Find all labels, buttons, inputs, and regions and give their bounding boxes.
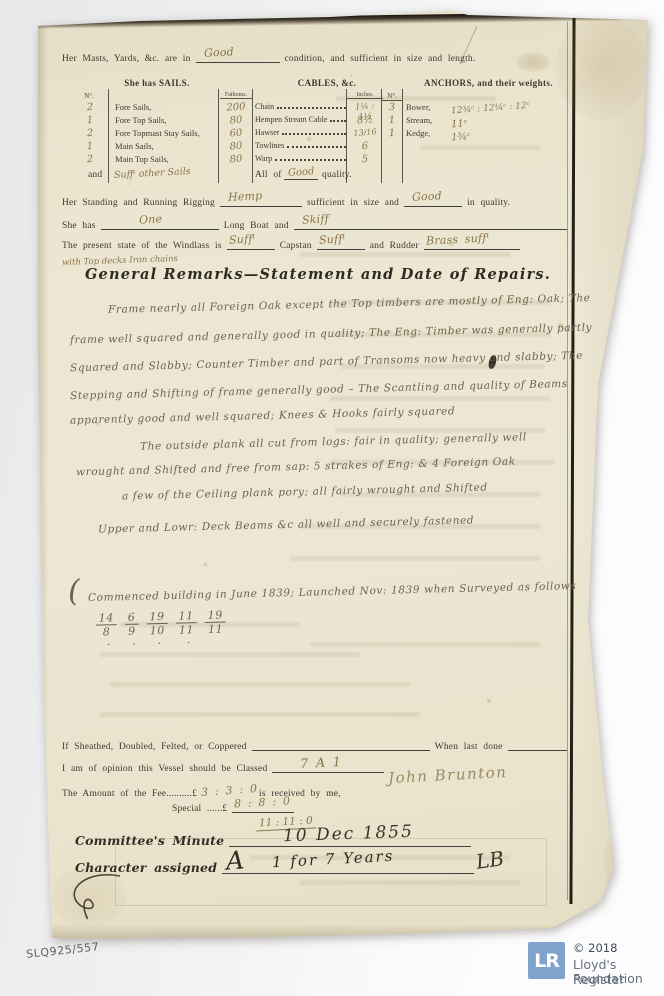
remarks-line: a few of the Ceiling plank pory; all fai… (122, 482, 488, 503)
no-column-label: N°. (74, 92, 104, 100)
inches-column-label: Inches. (347, 92, 383, 99)
foxing-spot (350, 75, 352, 77)
boats-blank2: Skiff (294, 226, 567, 230)
cable-cell: Chain (255, 102, 347, 111)
rigging-blank2: Good (404, 203, 462, 207)
dot-leader (275, 159, 346, 161)
inches-value: 8½ (349, 114, 382, 127)
pen-flourish (64, 869, 133, 929)
windlass-value1-handwritten: Suffᵗ (228, 232, 255, 246)
no2-column-label: N°. (382, 92, 402, 101)
masts-blank: Good (196, 59, 280, 63)
sail-name: Main Top Sails, (115, 154, 169, 164)
dot-leader (277, 107, 346, 109)
remarks-line: Squared and Slabby; Counter Timber and p… (70, 350, 583, 375)
dot-leader (330, 120, 346, 122)
cable-cell: Hawser (255, 128, 347, 137)
masts-line: Her Masts, Yards, &c. are in Good condit… (62, 54, 572, 64)
cable-cell: Hempen Stream Cable (255, 115, 347, 124)
fathoms-value: 80 (222, 153, 251, 166)
rudder-label: and Rudder (370, 241, 419, 251)
cable-name: Hempen Stream Cable (255, 115, 327, 124)
foxing-spot (204, 563, 207, 566)
fathoms-column-label: Fathoms. (220, 92, 252, 99)
rudder-value-handwritten: Brass suffᵗ (426, 231, 490, 247)
sails-cables-anchors-table: She has SAILS. CABLES, &c. ANCHORS, and … (62, 78, 575, 190)
windlass-label: The present state of the Windlass is (62, 241, 222, 251)
scanned-survey-document: Her Masts, Yards, &c. are in Good condit… (0, 0, 664, 996)
date-fraction: 1111 (175, 609, 197, 650)
sheathed-line: If Sheathed, Doubled, Felted, or Coppere… (62, 742, 572, 752)
windlass-blank1: Suffᵗ (227, 246, 275, 250)
capstan-value-handwritten: Suffᵗ (318, 232, 345, 246)
ghost-line (100, 652, 360, 657)
remarks-line: apparently good and well squared; Knees … (70, 405, 455, 426)
paper-sheet: Her Masts, Yards, &c. are in Good condit… (0, 0, 664, 996)
margin-mark-handwritten: ⅌ (34, 786, 40, 799)
anchor-count: 1 (383, 114, 402, 126)
fathoms-value: 60 (222, 127, 251, 140)
capstan-label: Capstan (280, 241, 312, 251)
date-fraction: 1910 (146, 610, 168, 651)
sail-name: Fore Top Sails, (115, 115, 166, 125)
masts-label-suffix: condition, and sufficient in size and le… (285, 54, 476, 64)
masts-label: Her Masts, Yards, &c. are in (62, 54, 191, 64)
sheathed-label: If Sheathed, Doubled, Felted, or Coppere… (62, 742, 247, 752)
inches-value: 5 (349, 153, 382, 166)
ghost-line (300, 252, 510, 257)
remarks-line: Frame nearly all Foreign Oak except the … (108, 292, 591, 316)
boats-value2-handwritten: Skiff (301, 212, 329, 226)
boats-blank1: One (101, 226, 219, 230)
table-row: 2 Fore Topmast Stay Sails, 60 Hawser 13/… (62, 128, 575, 140)
windlass-blank2: Suffᵗ (317, 246, 365, 250)
classed-label: I am of opinion this Vessel should be Cl… (62, 764, 267, 774)
cable-name: Chain (255, 102, 274, 111)
other-sails-handwritten: Suffᵗ other Sails (114, 166, 191, 181)
anchor-name: Bower, (406, 102, 430, 112)
fathoms-value: 80 (222, 114, 251, 127)
dot-leader (287, 146, 346, 148)
windlass-line: The present state of the Windlass is Suf… (62, 241, 572, 251)
sails-header: She has SAILS. (62, 78, 252, 88)
fathoms-value: 200 (222, 101, 251, 114)
fee-label: The Amount of the Fee..........£ (62, 789, 197, 799)
sail-name: Main Sails, (115, 141, 154, 151)
sheathed-blank (252, 747, 430, 751)
remarks-line: The outside plank all cut from logs: fai… (140, 431, 527, 452)
cable-name: Towlines (255, 141, 284, 150)
date-fraction: 148 (96, 611, 118, 652)
sail-count: 2 (76, 101, 105, 114)
cable-name: Warp (255, 154, 272, 163)
boats-value1-handwritten: One (138, 212, 162, 226)
table-footer-row: and Suffᵗ other Sails All of Good qualit… (62, 170, 575, 182)
windlass-blank3: Brass suffᵗ (424, 246, 520, 250)
cables-header: CABLES, &c. (252, 78, 402, 88)
copyright-text: © 2018 (573, 941, 617, 955)
special-fee-blank: 8 : 8 : 0 (232, 809, 294, 813)
foxing-spot (487, 699, 491, 703)
date-fraction: 1911 (205, 608, 227, 649)
boats-label: She has (62, 221, 96, 231)
anchors-header: ANCHORS, and their weights. (402, 78, 575, 88)
paper-bottom-edge (40, 924, 615, 938)
boats-line: She has One Long Boat and Skiff (62, 221, 572, 231)
when-last-done-blank (508, 747, 567, 751)
inches-value: 13/16 (349, 127, 382, 138)
cable-cell: Towlines (255, 141, 347, 150)
paper-top-edge (34, 11, 656, 29)
paper-shadow: Her Masts, Yards, &c. are in Good condit… (0, 0, 664, 996)
foundation-name-line2: Foundation (573, 971, 643, 986)
rigging-suffix-label: in quality. (467, 198, 510, 208)
ghost-line (290, 556, 540, 561)
rigging-mid-label: sufficient in size and (307, 198, 399, 208)
when-last-done-label: When last done (435, 742, 503, 752)
all-of-label: All of (255, 170, 282, 180)
sail-count: 2 (76, 127, 105, 140)
anchor-count: 1 (383, 127, 402, 139)
committee-minute-label: Committee's Minute (75, 833, 224, 848)
rigging-blank1: Hemp (220, 203, 302, 207)
and-label: and (88, 170, 102, 180)
remarks-line: wrought and Shifted and free from sap: 5… (76, 456, 516, 479)
lloyds-register-logo: LR (528, 942, 565, 979)
ghost-line (330, 396, 550, 401)
character-assigned-blank (222, 870, 474, 874)
remarks-line: frame well squared and generally good in… (70, 322, 592, 347)
rigging-line: Her Standing and Running Rigging Hemp su… (62, 198, 572, 208)
fee-value-slot: 3 : 3 : 0 (197, 786, 259, 796)
dot-leader (282, 133, 346, 135)
survey-dates-fractions: 148 69 1910 1111 1911 (96, 608, 231, 651)
ghost-line (100, 712, 420, 717)
special-fee-value-handwritten: 8 : 8 : 0 (234, 795, 291, 811)
table-row: 1 Main Sails, 80 Towlines 6 (62, 141, 575, 153)
ghost-line (310, 642, 540, 647)
rigging-value2-handwritten: Good (412, 189, 443, 204)
fathoms-value: 80 (222, 140, 251, 153)
general-remarks-heading: General Remarks—Statement and Date of Re… (62, 266, 574, 283)
remarks-line: Upper and Lowr: Deck Beams &c all well a… (98, 514, 474, 535)
rigging-value1-handwritten: Hemp (228, 189, 263, 204)
ghost-line (110, 682, 410, 687)
anchor-count: 3 (383, 101, 402, 113)
anchor-name: Kedge, (406, 128, 430, 138)
lr-logo-letters: LR (534, 950, 559, 972)
rigging-label: Her Standing and Running Rigging (62, 198, 215, 208)
quality-value-handwritten: Good (288, 166, 315, 179)
quality-label: quality. (322, 170, 352, 180)
sail-count: 2 (76, 153, 105, 166)
date-fraction: 69 (125, 611, 140, 651)
sail-name: Fore Sails, (115, 102, 151, 112)
paper-right-shade (578, 14, 648, 934)
boats-mid-label: Long Boat and (224, 221, 289, 231)
inches-value: 6 (349, 140, 382, 153)
paper-left-edge (38, 20, 48, 938)
anchor-name: Stream, (406, 115, 432, 125)
special-fee-line: Special ......£ 8 : 8 : 0 (172, 804, 572, 814)
table-row: 2 Fore Sails, 200 Chain 1¼ : 1½ 3 Bower,… (62, 102, 575, 114)
fee-line: The Amount of the Fee..........£ 3 : 3 :… (62, 786, 572, 799)
masts-value-handwritten: Good (203, 45, 234, 60)
cable-name: Hawser (255, 128, 279, 137)
committee-initials-flourish: LB (474, 846, 505, 874)
special-fee-label: Special ......£ (172, 804, 227, 814)
sail-count: 1 (76, 114, 105, 127)
bracket-flourish: ( (68, 574, 81, 609)
remarks-line: Commenced building in June 1839; Launche… (88, 580, 577, 604)
classed-value-handwritten: 7 A 1 (300, 755, 342, 772)
sail-count: 1 (76, 140, 105, 153)
classed-blank: 7 A 1 (272, 769, 384, 773)
cable-cell: Warp (255, 154, 347, 163)
character-class-letter-handwritten: A (225, 845, 245, 875)
table-row: 2 Main Top Sails, 80 Warp 5 (62, 154, 575, 166)
table-row: 1 Fore Top Sails, 80 Hempen Stream Cable… (62, 115, 575, 127)
sail-name: Fore Topmast Stay Sails, (115, 128, 200, 138)
